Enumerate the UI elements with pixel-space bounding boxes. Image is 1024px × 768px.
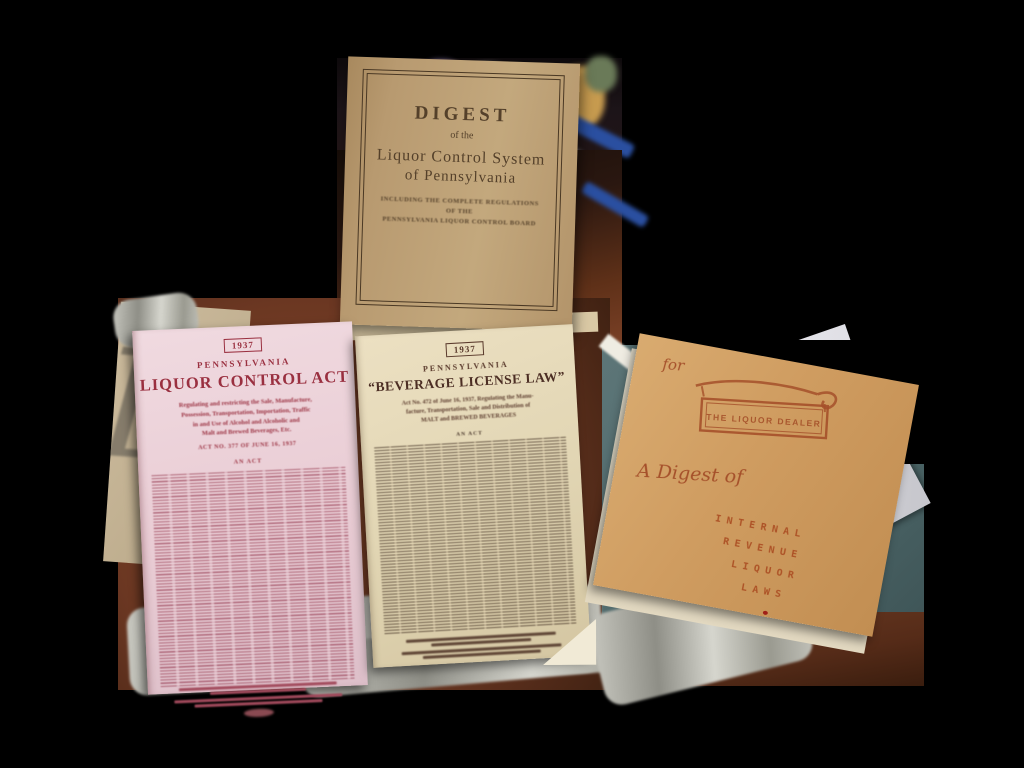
shelf-item-green-glass bbox=[585, 56, 617, 92]
red-dot-mark bbox=[763, 610, 769, 615]
beverage-license-law-booklet: 1937 PENNSYLVANIA “BEVERAGE LICENSE LAW”… bbox=[355, 324, 591, 668]
liquor-dealer-sign-logo: THE LIQUOR DEALER bbox=[682, 359, 870, 465]
photo-collage: R DIGEST of the Liquor Control System of… bbox=[0, 0, 1024, 768]
sign-text: THE LIQUOR DEALER bbox=[706, 412, 822, 429]
law-body-text-blur bbox=[374, 437, 576, 635]
footer-ornament bbox=[244, 708, 274, 717]
act-number-line: ACT NO. 377 OF JUNE 16, 1937 bbox=[137, 438, 357, 454]
digest-booklet: DIGEST of the Liquor Control System of P… bbox=[340, 56, 580, 331]
year-badge: 1937 bbox=[224, 337, 263, 353]
year-badge: 1937 bbox=[445, 341, 484, 357]
dedication-script: for bbox=[662, 355, 685, 375]
liquor-control-act-booklet: 1937 PENNSYLVANIA LIQUOR CONTROL ACT Reg… bbox=[132, 321, 368, 694]
a-digest-of-script: A Digest of bbox=[636, 460, 744, 488]
internal-revenue-digest-booklet: for THE LIQUOR DEALER A Digest of INTERN… bbox=[593, 333, 919, 636]
act-body-text-blur bbox=[152, 467, 355, 687]
blue-shelf-edge-lower bbox=[581, 181, 650, 228]
title-words-block: INTERNAL REVENUE LIQUOR LAWS bbox=[702, 508, 809, 608]
hanging-sign-icon: THE LIQUOR DEALER bbox=[682, 359, 869, 460]
cover-border-frame bbox=[355, 69, 564, 311]
